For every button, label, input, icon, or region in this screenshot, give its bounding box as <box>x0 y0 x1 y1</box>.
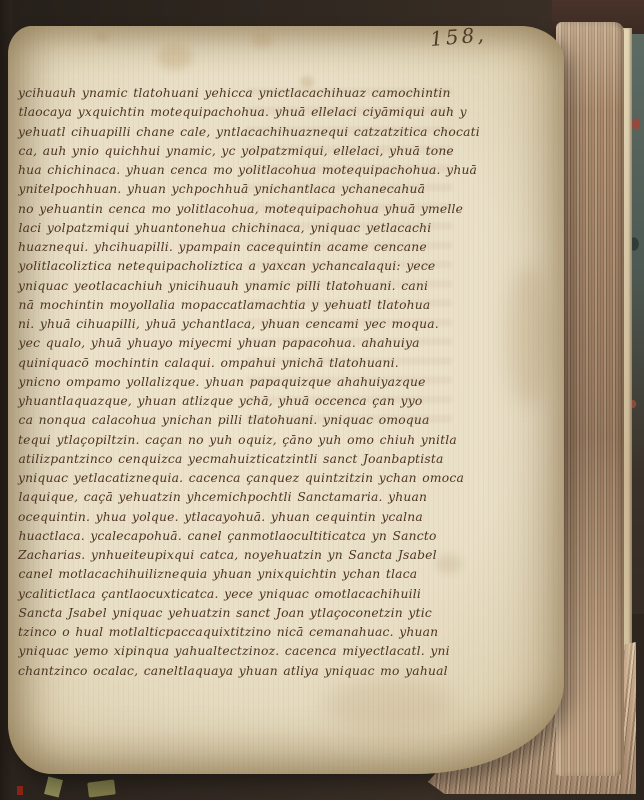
text-line: yhuantlaquazque, yhuan atlizque ychā, yh… <box>18 392 454 411</box>
manuscript-page: 158, ycihuauh ynamic tlatohuani yehicca … <box>8 26 564 774</box>
bookmark-tab <box>87 779 116 797</box>
text-line: ynitelpochhuan. yhuan ychpochhuā ynichan… <box>19 180 455 199</box>
foxing-stain <box>96 32 108 42</box>
text-line: Zacharias. ynhueiteupixqui catca, noyehu… <box>18 546 454 565</box>
text-line: ycihuauh ynamic tlatohuani yehicca ynict… <box>18 84 454 103</box>
text-line: ynicno ompamo yollalizque. yhuan papaqui… <box>19 373 455 392</box>
text-line: tequi ytlaçopiltzin. caçan no yuh oquiz,… <box>18 431 454 450</box>
book-photo: 158, ycihuauh ynamic tlatohuani yehicca … <box>0 0 644 800</box>
manuscript-text-block: ycihuauh ynamic tlatohuani yehicca ynict… <box>18 84 454 681</box>
text-line: chantzinco ocalac, caneltlaquaya yhuan a… <box>18 662 454 681</box>
text-line: ca, auh ynio quichhui ynamic, yc yolpatz… <box>19 142 455 161</box>
text-line: nā mochintin moyollalia mopaccatlamachti… <box>19 296 455 315</box>
text-line: no yehuantin cenca mo yolitlacohua, mote… <box>18 200 454 219</box>
text-line: ni. yhuā cihuapilli, yhuā ychantlaca, yh… <box>18 315 454 334</box>
text-line: ocequintin. yhua yolque. ytlacayohuā. yh… <box>18 508 454 527</box>
text-line: ca nonqua calacohua ynichan pilli tlatoh… <box>19 411 455 430</box>
text-line: tzinco o hual motlalticpaccaquixtitzino … <box>18 623 454 642</box>
text-line: yec qualo, yhuā yhuayo miyecmi yhuan pap… <box>19 334 455 353</box>
text-line: tlaocaya yxquichtin motequipachohua. yhu… <box>19 103 455 122</box>
text-line: canel motlacachihuiliznequia yhuan ynixq… <box>19 565 455 584</box>
bookmark-tab <box>44 776 63 797</box>
text-line: Sancta Jsabel yniquac yehuatzin sanct Jo… <box>19 604 455 623</box>
text-line: huaznequi. yhcihuapilli. ypampain cacequ… <box>18 238 454 257</box>
text-line: yniquac yeotlacachiuh ynicihuauh ynamic … <box>18 277 454 296</box>
text-line: yniquac yemo xipinqua yahualtectzinoz. c… <box>19 642 455 661</box>
text-line: yolitlacoliztica netequipacholiztica a y… <box>19 257 455 276</box>
text-line: huactlaca. ycalecapohuā. canel çanmotlao… <box>19 527 455 546</box>
fore-edge-pages <box>556 22 624 776</box>
text-line: laquique, caçā yehuatzin yhcemichpochtli… <box>19 488 455 507</box>
foxing-stain <box>506 266 550 406</box>
text-line: hua chichinaca. yhuan cenca mo yolitlaco… <box>18 161 454 180</box>
text-line: ycalitictlaca çantlaocuxticatca. yece yn… <box>18 585 454 604</box>
folio-number: 158, <box>429 21 501 51</box>
foxing-stain <box>324 678 454 730</box>
text-line: atilizpantzinco cenquizca yecmahuizticat… <box>19 450 455 469</box>
foxing-stain <box>252 32 272 48</box>
text-line: laci yolpatzmiqui yhuantonehua chichinac… <box>19 219 455 238</box>
text-line: quiniquacō mochintin calaqui. ompahui yn… <box>18 354 454 373</box>
foxing-stain <box>158 44 192 70</box>
ribbon-fragment <box>17 786 23 795</box>
text-line: yehuatl cihuapilli chane cale, yntlacach… <box>18 123 454 142</box>
text-line: yniquac yetlacatiznequia. cacenca çanque… <box>18 469 454 488</box>
